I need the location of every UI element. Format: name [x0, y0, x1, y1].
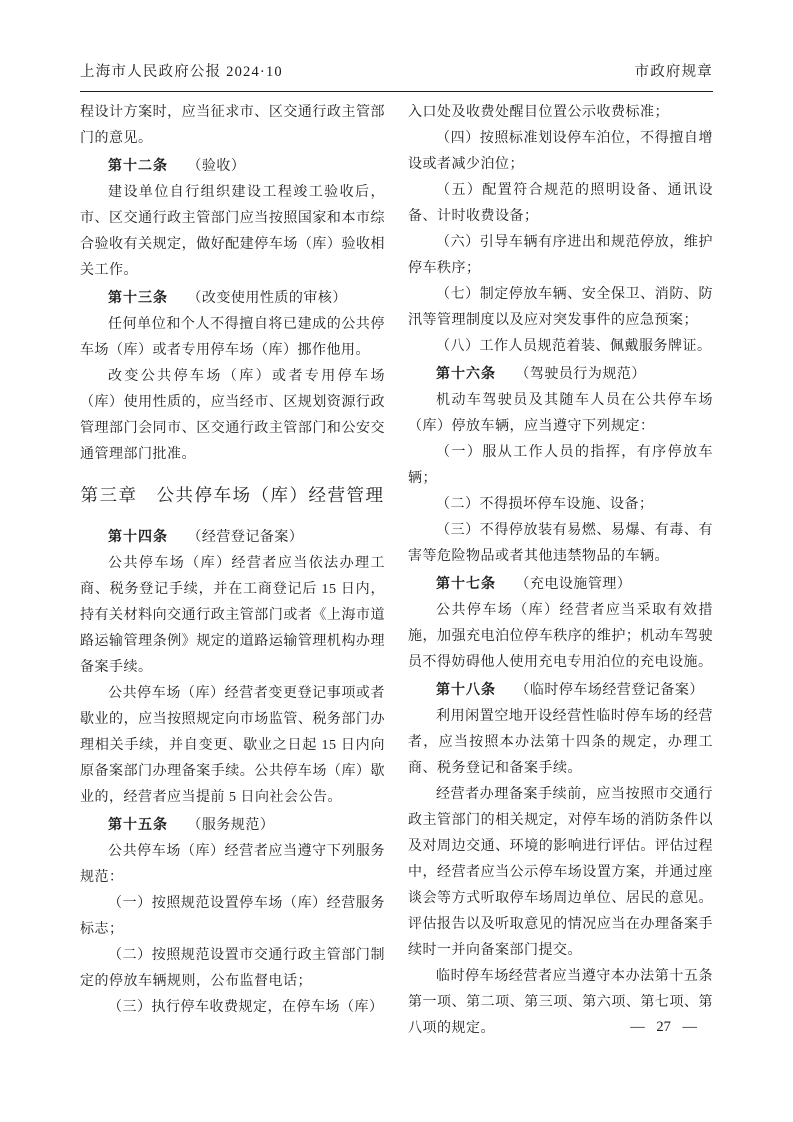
paragraph-text: 公共停车场（库）经营者应当采取有效措施，加强充电泊位停车秩序的维护；机动车驾驶员…	[408, 603, 713, 670]
article-title: （临时停车场经营登记备案）	[515, 683, 704, 698]
two-column-text-body: 程设计方案时，应当征求市、区交通行政主管部门的意见。 第十二条 （验收） 建设单…	[80, 100, 713, 1042]
article-number-label: 第十四条	[108, 528, 168, 544]
paragraph: 公共停车场（库）经营者应当遵守下列服务规范：	[80, 839, 385, 891]
paragraph: 公共停车场（库）经营者变更登记事项或者歇业的，应当按照规定向市场监管、税务部门办…	[80, 681, 385, 811]
paragraph: 第十五条 （服务规范）	[80, 811, 385, 839]
article-title: （改变使用性质的审核）	[187, 291, 347, 306]
paragraph: 第三章 公共停车场（库）经营管理	[80, 482, 385, 508]
article-number-label: 第十七条	[436, 575, 496, 591]
article-title: （驾驶员行为规范）	[515, 367, 646, 382]
page-header: 上海市人民政府公报 2024·10 市政府规章	[80, 60, 713, 92]
paragraph: （五）配置符合规范的照明设备、通讯设备、计时收费设备；	[408, 178, 713, 230]
paragraph-text: 任何单位和个人不得擅自将已建成的公共停车场（库）或者专用停车场（库）挪作他用。	[80, 317, 385, 358]
article-title: （经营登记备案）	[187, 530, 303, 545]
paragraph-text: （三）执行停车收费规定，在停车场（库）	[108, 1000, 384, 1015]
paragraph-text: （一）按照规范设置停车场（库）经营服务标志；	[80, 896, 385, 937]
article-number-label: 第十三条	[108, 289, 168, 305]
paragraph: （四）按照标准划设停车泊位，不得擅自增设或者减少泊位；	[408, 126, 713, 178]
article-number-label: 第十八条	[436, 681, 496, 697]
paragraph-text: （五）配置符合规范的照明设备、通讯设备、计时收费设备；	[408, 183, 713, 224]
article-title: （验收）	[187, 159, 245, 174]
paragraph-text: 利用闲置空地开设经营性临时停车场的经营者，应当按照本办法第十四条的规定，办理工商…	[408, 709, 713, 776]
paragraph-text: 公共停车场（库）经营者应当遵守下列服务规范：	[80, 844, 385, 885]
paragraph: 第十八条 （临时停车场经营登记备案）	[408, 676, 713, 704]
paragraph-text: （二）按照规范设置市交通行政主管部门制定的停放车辆规则，公布监督电话；	[80, 948, 385, 989]
paragraph: 第十三条 （改变使用性质的审核）	[80, 284, 385, 312]
paragraph: （三）不得停放装有易燃、易爆、有毒、有害等危险物品或者其他违禁物品的车辆。	[408, 518, 713, 570]
page-number: — 27 —	[630, 1014, 697, 1040]
paragraph: 程设计方案时，应当征求市、区交通行政主管部门的意见。	[80, 100, 385, 152]
paragraph-text: （八）工作人员规范着装、佩戴服务牌证。	[436, 339, 712, 354]
paragraph-text: 机动车驾驶员及其随车人员在公共停车场（库）停放车辆，应当遵守下列规定：	[408, 393, 713, 434]
paragraph: 任何单位和个人不得擅自将已建成的公共停车场（库）或者专用停车场（库）挪作他用。	[80, 312, 385, 364]
paragraph: 利用闲置空地开设经营性临时停车场的经营者，应当按照本办法第十四条的规定，办理工商…	[408, 704, 713, 782]
article-number-label: 第十二条	[108, 157, 168, 173]
paragraph: （六）引导车辆有序进出和规范停放，维护停车秩序；	[408, 230, 713, 282]
article-number-label: 第十五条	[108, 816, 168, 832]
article-number-label: 第十六条	[436, 365, 496, 381]
paragraph: （三）执行停车收费规定，在停车场（库）	[80, 995, 385, 1021]
paragraph: （二）不得损坏停车设施、设备；	[408, 492, 713, 518]
header-section-title: 市政府规章	[635, 60, 714, 81]
paragraph: 改变公共停车场（库）或者专用停车场（库）使用性质的，应当经市、区规划资源行政管理…	[80, 364, 385, 468]
paragraph: 公共停车场（库）经营者应当采取有效措施，加强充电泊位停车秩序的维护；机动车驾驶员…	[408, 598, 713, 676]
paragraph: 入口处及收费处醒目位置公示收费标准；	[408, 100, 713, 126]
paragraph-text: （四）按照标准划设停车泊位，不得擅自增设或者减少泊位；	[408, 131, 713, 172]
article-title: （服务规范）	[187, 818, 274, 833]
paragraph: 建设单位自行组织建设工程竣工验收后，市、区交通行政主管部门应当按照国家和本市综合…	[80, 180, 385, 284]
paragraph-text: （一）服从工作人员的指挥，有序停放车辆；	[408, 445, 713, 486]
paragraph: 机动车驾驶员及其随车人员在公共停车场（库）停放车辆，应当遵守下列规定：	[408, 388, 713, 440]
paragraph: （二）按照规范设置市交通行政主管部门制定的停放车辆规则，公布监督电话；	[80, 943, 385, 995]
paragraph-text: 改变公共停车场（库）或者专用停车场（库）使用性质的，应当经市、区规划资源行政管理…	[80, 369, 385, 462]
paragraph-text: 公共停车场（库）经营者变更登记事项或者歇业的，应当按照规定向市场监管、税务部门办…	[80, 686, 385, 805]
paragraph: （七）制定停放车辆、安全保卫、消防、防汛等管理制度以及应对突发事件的应急预案；	[408, 282, 713, 334]
paragraph-text: 经营者办理备案手续前，应当按照市交通行政主管部门的相关规定，对停车场的消防条件以…	[408, 787, 713, 958]
paragraph-text: （六）引导车辆有序进出和规范停放，维护停车秩序；	[408, 235, 713, 276]
paragraph-text: 入口处及收费处醒目位置公示收费标准；	[408, 105, 669, 120]
paragraph: （八）工作人员规范着装、佩戴服务牌证。	[408, 334, 713, 360]
paragraph: （一）服从工作人员的指挥，有序停放车辆；	[408, 440, 713, 492]
paragraph-text: （二）不得损坏停车设施、设备；	[436, 497, 654, 512]
paragraph: 第十二条 （验收）	[80, 152, 385, 180]
paragraph: 第十四条 （经营登记备案）	[80, 523, 385, 551]
paragraph: 第十七条 （充电设施管理）	[408, 570, 713, 598]
paragraph-text: 建设单位自行组织建设工程竣工验收后，市、区交通行政主管部门应当按照国家和本市综合…	[80, 185, 385, 278]
paragraph-text: 程设计方案时，应当征求市、区交通行政主管部门的意见。	[80, 105, 385, 146]
paragraph: 公共停车场（库）经营者应当依法办理工商、税务登记手续，并在工商登记后 15 日内…	[80, 551, 385, 681]
paragraph-text: 第三章 公共停车场（库）经营管理	[81, 485, 385, 505]
paragraph-text: 公共停车场（库）经营者应当依法办理工商、税务登记手续，并在工商登记后 15 日内…	[80, 556, 385, 675]
paragraph: 经营者办理备案手续前，应当按照市交通行政主管部门的相关规定，对停车场的消防条件以…	[408, 782, 713, 964]
paragraph-text: （七）制定停放车辆、安全保卫、消防、防汛等管理制度以及应对突发事件的应急预案；	[408, 287, 713, 328]
right-column: 入口处及收费处醒目位置公示收费标准； （四）按照标准划设停车泊位，不得擅自增设或…	[408, 100, 713, 1042]
article-title: （充电设施管理）	[515, 577, 631, 592]
paragraph-text: （三）不得停放装有易燃、易爆、有毒、有害等危险物品或者其他违禁物品的车辆。	[408, 523, 713, 564]
left-column: 程设计方案时，应当征求市、区交通行政主管部门的意见。 第十二条 （验收） 建设单…	[80, 100, 385, 1042]
paragraph: （一）按照规范设置停车场（库）经营服务标志；	[80, 891, 385, 943]
header-gazette-title: 上海市人民政府公报 2024·10	[80, 60, 283, 81]
gazette-document-page: 上海市人民政府公报 2024·10 市政府规章 程设计方案时，应当征求市、区交通…	[0, 0, 793, 1122]
paragraph: 第十六条 （驾驶员行为规范）	[408, 360, 713, 388]
